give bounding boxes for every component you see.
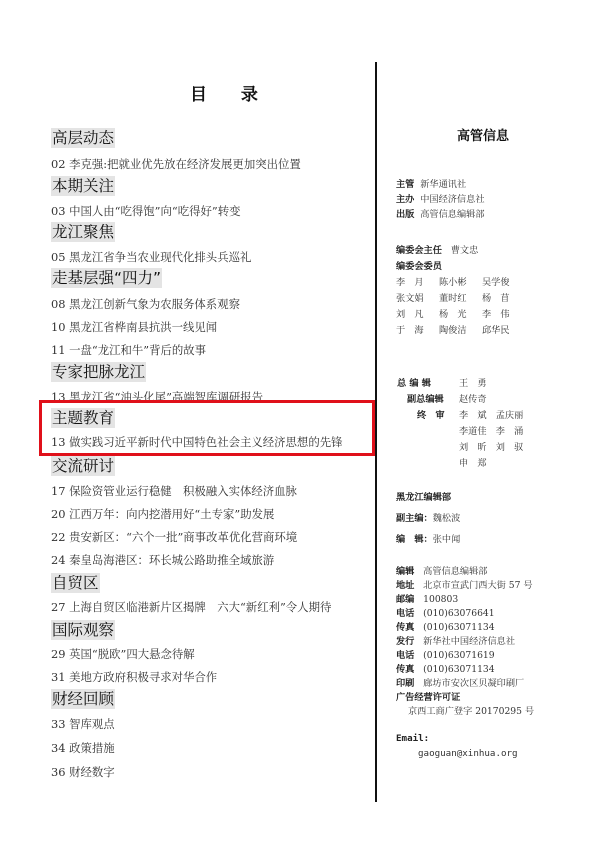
toc-item[interactable]: 03 中国人由“吃得饱”向“吃得好”转变 bbox=[51, 204, 241, 218]
committee-row: 于 海陶俊洁邱华民 bbox=[396, 325, 525, 337]
toc-item[interactable]: 11 一盘“龙江和牛”背后的故事 bbox=[51, 343, 206, 357]
section-heading: 走基层强“四力” bbox=[51, 268, 162, 288]
editor-row: 总 编 辑王 勇 bbox=[397, 378, 487, 390]
toc-item[interactable]: 05 黑龙江省争当农业现代化排头兵巡礼 bbox=[51, 250, 251, 264]
toc-item[interactable]: 08 黑龙江创新气象为农服务体系观察 bbox=[51, 297, 240, 311]
editor-row: 申 郑 bbox=[459, 458, 487, 470]
toc-item[interactable]: 36 财经数字 bbox=[51, 765, 115, 779]
toc-item[interactable]: 10 黑龙江省桦南县抗洪一线见闻 bbox=[51, 320, 217, 334]
section-heading: 财经回顾 bbox=[51, 689, 115, 709]
info-title: 高管信息 bbox=[457, 125, 509, 144]
contact-row: 传真 (010)63071134 bbox=[396, 622, 495, 634]
toc-item[interactable]: 31 美地方政府积极寻求对华合作 bbox=[51, 670, 217, 684]
editor-row: 副总编辑赵传奇 bbox=[407, 394, 487, 406]
editor-row: 刘 昕 刘 驭 bbox=[459, 442, 523, 454]
committee-row: 李 月陈小彬吴学俊 bbox=[396, 277, 525, 289]
section-heading: 自贸区 bbox=[51, 573, 100, 593]
publisher-row: 出版 高管信息编辑部 bbox=[396, 209, 485, 221]
email-label: Email: bbox=[396, 733, 429, 745]
committee-row: 张文娟董时红杨 苜 bbox=[396, 293, 525, 305]
toc-item[interactable]: 22 贵安新区：“六个一批”商事改革优化营商环境 bbox=[51, 530, 297, 544]
heilongjiang-label: 黑龙江编辑部 bbox=[396, 492, 451, 504]
heilongjiang-editor: 编 辑：张中闻 bbox=[396, 534, 460, 546]
publisher-row: 主办 中国经济信息社 bbox=[396, 194, 485, 206]
committee-row: 刘 凡杨 光李 伟 bbox=[396, 309, 525, 321]
toc-item[interactable]: 34 政策措施 bbox=[51, 741, 115, 755]
committee-members-label: 编委会委员 bbox=[396, 261, 442, 273]
toc-item[interactable]: 20 江西万年：向内挖潜用好“土专家”助发展 bbox=[51, 507, 274, 521]
heilongjiang-deputy: 副主编：魏松波 bbox=[396, 513, 460, 525]
license-label: 广告经营许可证 bbox=[396, 692, 460, 704]
contact-row: 传真 (010)63071134 bbox=[396, 664, 495, 676]
column-divider bbox=[375, 62, 377, 802]
section-heading: 高层动态 bbox=[51, 128, 115, 148]
contact-row: 电话 (010)63076641 bbox=[396, 608, 495, 620]
contact-row: 地址 北京市宣武门西大街 57 号 bbox=[396, 580, 533, 592]
section-heading: 交流研讨 bbox=[51, 456, 115, 476]
email-link[interactable]: gaoguan@xinhua.org bbox=[418, 748, 518, 760]
publisher-row: 主管 新华通讯社 bbox=[396, 179, 466, 191]
editor-row: 终 审李 斌 孟庆丽 bbox=[417, 410, 523, 422]
section-heading: 专家把脉龙江 bbox=[51, 362, 146, 382]
toc-item[interactable]: 02 李克强:把就业优先放在经济发展更加突出位置 bbox=[51, 157, 301, 171]
toc-item[interactable]: 17 保险资管业运行稳健 积极融入实体经济血脉 bbox=[51, 484, 297, 498]
toc-title: 目 录 bbox=[190, 80, 272, 105]
license-value: 京西工商广登字 20170295 号 bbox=[408, 706, 534, 718]
contact-row: 发行 新华社中国经济信息社 bbox=[396, 636, 515, 648]
toc-item[interactable]: 33 智库观点 bbox=[51, 717, 115, 731]
section-heading: 本期关注 bbox=[51, 176, 115, 196]
toc-item[interactable]: 24 秦皇岛海港区：环长城公路助推全域旅游 bbox=[51, 553, 274, 567]
editor-row: 李道佳 李 涌 bbox=[459, 426, 523, 438]
contact-row: 电话 (010)63071619 bbox=[396, 650, 495, 662]
toc-item[interactable]: 27 上海自贸区临港新片区揭牌 六大“新红利”令人期待 bbox=[51, 600, 331, 614]
section-heading: 国际观察 bbox=[51, 620, 115, 640]
committee-chair: 编委会主任 曹文忠 bbox=[396, 245, 478, 257]
contact-row: 邮编 100803 bbox=[396, 594, 458, 606]
contact-row: 编辑 高管信息编辑部 bbox=[396, 566, 487, 578]
contact-row: 印刷 廊坊市安次区贝凝印刷厂 bbox=[396, 678, 524, 690]
section-heading: 龙江聚焦 bbox=[51, 222, 115, 242]
highlight-box bbox=[39, 400, 375, 456]
toc-item[interactable]: 29 英国“脱欧”四大悬念待解 bbox=[51, 647, 195, 661]
